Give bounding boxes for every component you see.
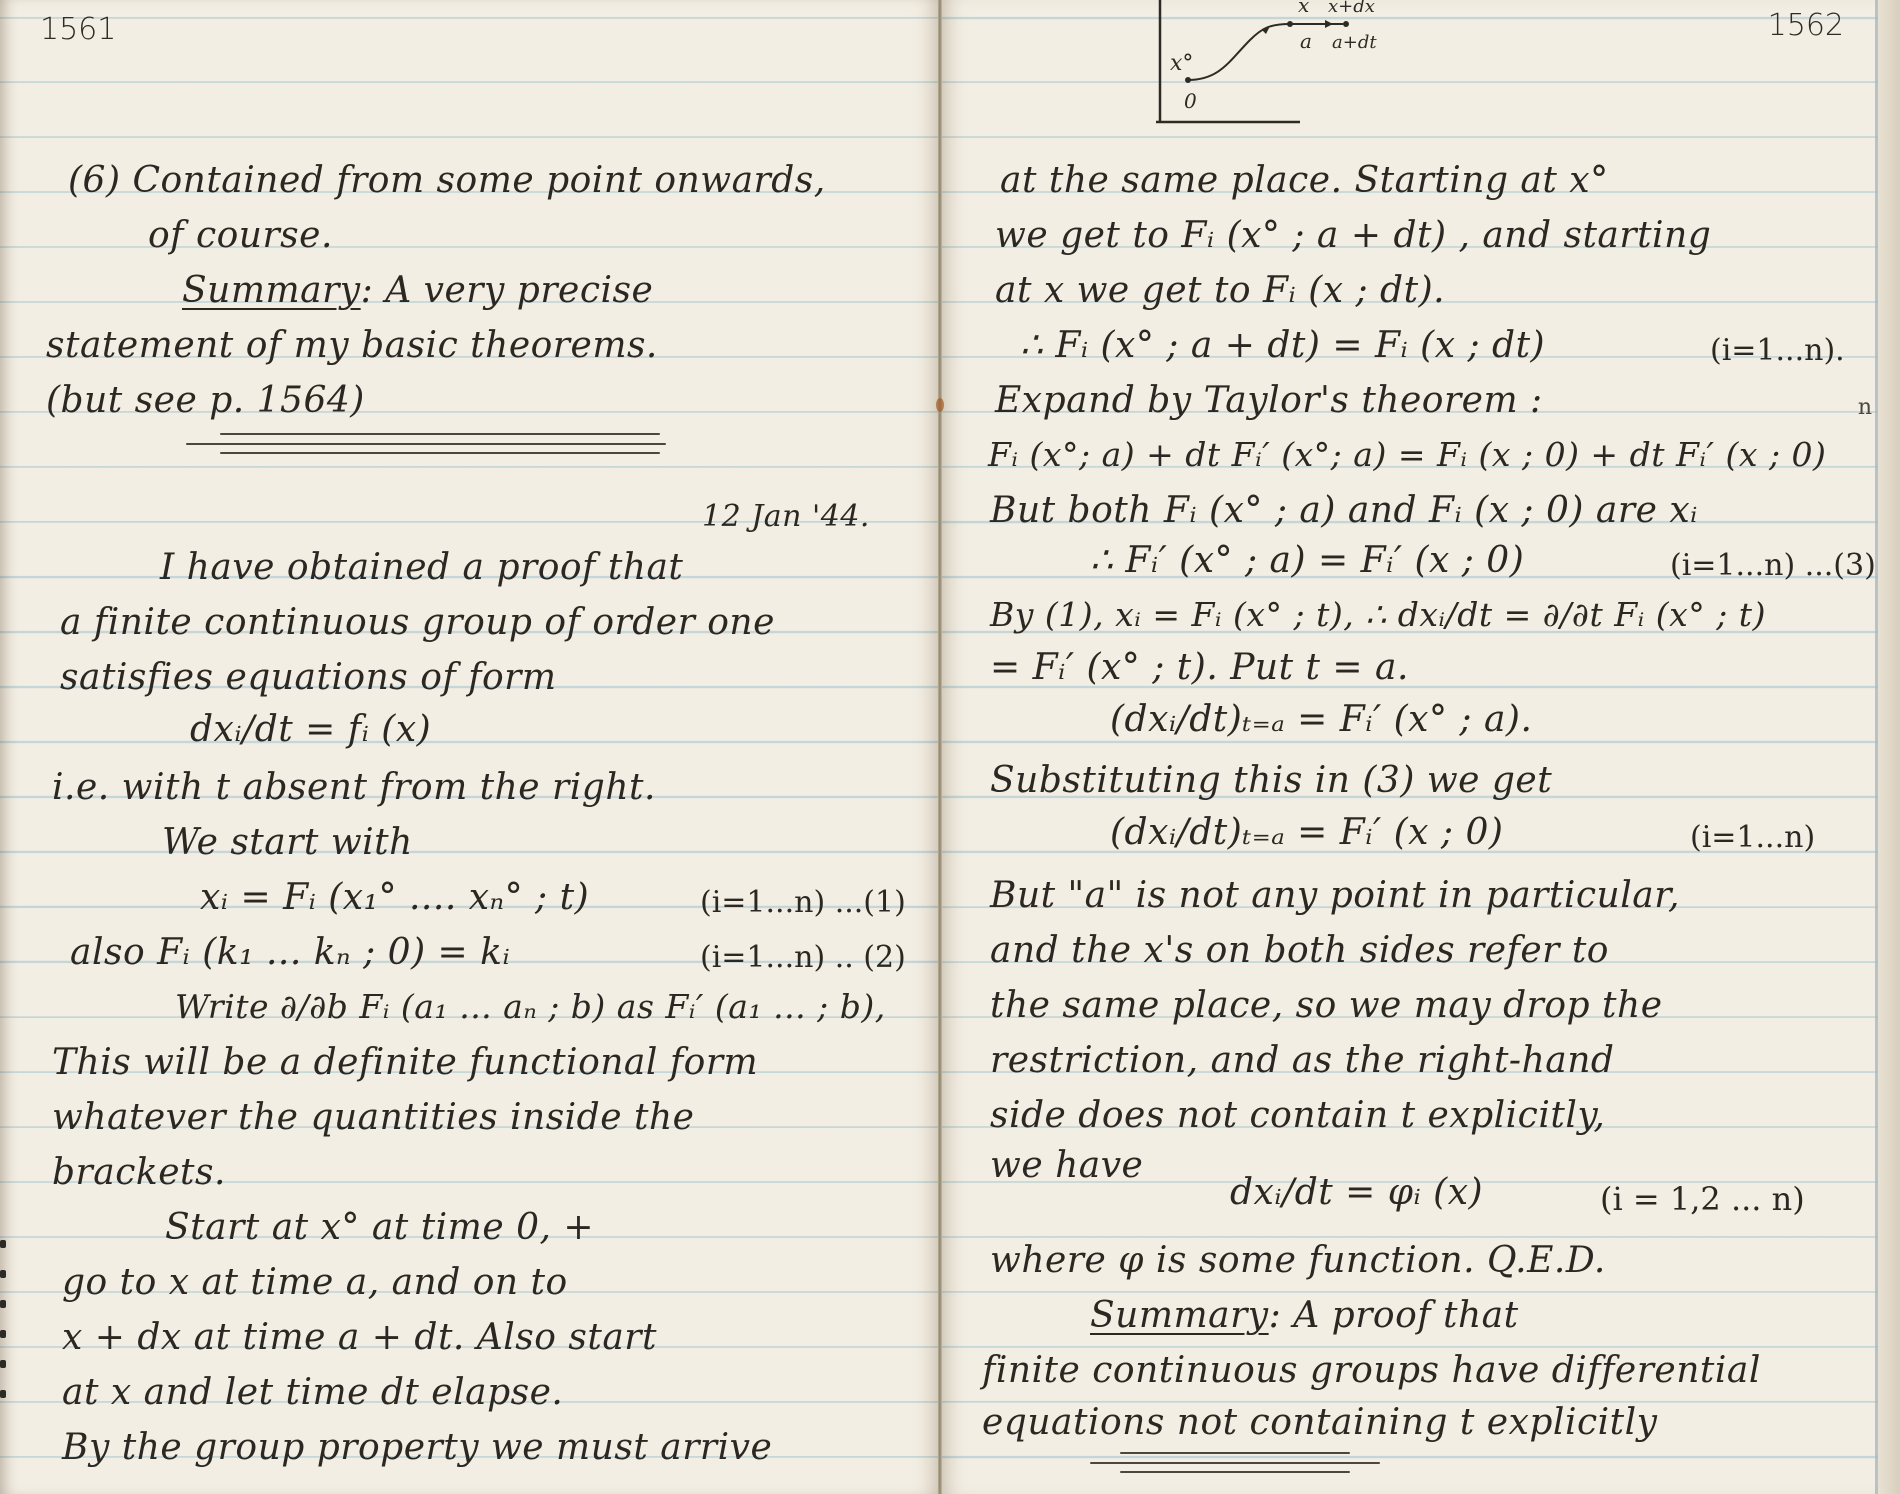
- text-line: we get to Fᵢ (x° ; a + dt) , and startin…: [995, 218, 1711, 254]
- notebook-spine: [938, 0, 942, 1494]
- text-line: brackets.: [52, 1155, 226, 1191]
- text-line: i.e. with t absent from the right.: [52, 770, 656, 806]
- summary-text: : A proof that: [1269, 1295, 1519, 1336]
- binding-stitches: [0, 1240, 10, 1420]
- text-line: But "a" is not any point in particular,: [990, 878, 1680, 914]
- summary-label: Summary: [182, 270, 361, 311]
- left-page: 1561 (6) Contained from some point onwar…: [0, 0, 940, 1494]
- svg-text:0: 0: [1184, 89, 1197, 113]
- equation-1: xᵢ = Fᵢ (x₁° .... xₙ° ; t): [200, 880, 589, 916]
- equation-3: ∴ Fᵢ′ (x° ; a) = Fᵢ′ (x ; 0): [1090, 543, 1524, 579]
- text-line: (6) Contained from some point onwards,: [68, 163, 826, 199]
- text-line: at x and let time dt elapse.: [62, 1375, 563, 1411]
- text-line: side does not contain t explicitly,: [990, 1098, 1605, 1134]
- text-line-with-strikeout: Start at x° at time 0, +: [165, 1210, 594, 1246]
- equation-number: (i=1...n): [1690, 820, 1815, 855]
- svg-text:x: x: [1298, 0, 1309, 17]
- text-line: equations not containing t explicitly: [982, 1405, 1657, 1441]
- text-line: Write ∂/∂b Fᵢ (a₁ ... aₙ ; b) as Fᵢ′ (a₁…: [175, 990, 886, 1023]
- summary-line: Summary: A very precise: [182, 273, 653, 309]
- text-line: we have: [990, 1148, 1143, 1184]
- final-equation: dxᵢ/dt = φᵢ (x): [1230, 1175, 1483, 1211]
- page-stack-edge: [1878, 0, 1900, 1494]
- entry-date: 12 Jan '44.: [702, 502, 870, 532]
- svg-text:x+dx: x+dx: [1328, 0, 1375, 17]
- text-line: satisfies equations of form: [60, 660, 557, 696]
- text-line: (but see p. 1564): [46, 383, 365, 419]
- section-divider: [1090, 1462, 1380, 1464]
- svg-text:x°: x°: [1170, 51, 1193, 76]
- text-line: whatever the quantities inside the: [52, 1100, 694, 1136]
- text-line: I have obtained a proof that: [160, 550, 683, 586]
- text-line: This will be a definite functional form: [52, 1045, 758, 1081]
- equation-number-3: (i=1...n) ...(3): [1670, 548, 1876, 583]
- summary-line: Summary: A proof that: [1090, 1298, 1519, 1334]
- qed-line: where φ is some function. Q.E.D.: [990, 1243, 1606, 1279]
- section-divider: [1120, 1471, 1350, 1473]
- text-line: and the x's on both sides refer to: [990, 933, 1609, 969]
- equation-number-final: (i = 1,2 ... n): [1600, 1180, 1805, 1218]
- text-line: We start with: [162, 825, 413, 861]
- equation-2: also Fᵢ (k₁ ... kₙ ; 0) = kᵢ: [70, 935, 510, 971]
- notebook-spread: 1561 (6) Contained from some point onwar…: [0, 0, 1900, 1494]
- text-line: By (1), xᵢ = Fᵢ (x° ; t), ∴ dxᵢ/dt = ∂/∂…: [990, 598, 1766, 631]
- section-divider: [220, 433, 660, 435]
- equation: (dxᵢ/dt)ₜ₌ₐ = Fᵢ′ (x° ; a).: [1110, 702, 1532, 738]
- text-line: Substituting this in (3) we get: [990, 763, 1552, 799]
- svg-text:a: a: [1300, 29, 1312, 53]
- text-line: But both Fᵢ (x° ; a) and Fᵢ (x ; 0) are …: [990, 493, 1698, 529]
- right-page: 1562 x x+dx a a+dt x° 0 at the same: [940, 0, 1900, 1494]
- text-line: restriction, and as the right-hand: [990, 1043, 1614, 1079]
- trajectory-diagram: x x+dx a a+dt x° 0: [1150, 0, 1490, 130]
- section-divider: [1120, 1452, 1350, 1454]
- left-page-number: 1561: [40, 12, 116, 47]
- right-page-number: 1562: [1768, 8, 1844, 43]
- equation-number-2: (i=1...n) .. (2): [700, 940, 906, 975]
- section-divider: [186, 443, 666, 445]
- text-line: the same place, so we may drop the: [990, 988, 1663, 1024]
- text-line: = Fᵢ′ (x° ; t). Put t = a.: [990, 650, 1409, 686]
- text-line: statement of my basic theorems.: [46, 328, 658, 364]
- text-line: a finite continuous group of order one: [60, 605, 775, 641]
- rust-stain: [936, 398, 944, 412]
- trajectory-graph-icon: x x+dx a a+dt x° 0: [1150, 0, 1490, 130]
- equation: dxᵢ/dt = fᵢ (x): [190, 712, 431, 748]
- summary-text: : A very precise: [361, 270, 654, 311]
- text-line: at the same place. Starting at x°: [1000, 163, 1609, 199]
- svg-text:a+dt: a+dt: [1332, 32, 1377, 53]
- text-line: of course.: [148, 218, 333, 254]
- section-divider: [220, 452, 660, 454]
- text-line: go to x at time a, and on to: [62, 1265, 568, 1301]
- taylor-expansion: Fᵢ (x°; a) + dt Fᵢ′ (x°; a) = Fᵢ (x ; 0)…: [988, 438, 1826, 471]
- text-line: By the group property we must arrive: [62, 1430, 772, 1466]
- equation-number-1: (i=1...n) ...(1): [700, 885, 906, 920]
- equation-number: (i=1...n).: [1710, 333, 1845, 368]
- margin-mark: n: [1858, 395, 1872, 420]
- text-line: Expand by Taylor's theorem :: [995, 383, 1543, 419]
- text-line: at x we get to Fᵢ (x ; dt).: [995, 273, 1445, 309]
- text-line: finite continuous groups have differenti…: [982, 1353, 1761, 1389]
- text-line: Start at x° at time 0, +: [165, 1207, 594, 1248]
- equation: ∴ Fᵢ (x° ; a + dt) = Fᵢ (x ; dt): [1020, 328, 1545, 364]
- text-line: x + dx at time a + dt. Also start: [62, 1320, 657, 1356]
- summary-label: Summary: [1090, 1295, 1269, 1336]
- equation: (dxᵢ/dt)ₜ₌ₐ = Fᵢ′ (x ; 0): [1110, 815, 1503, 851]
